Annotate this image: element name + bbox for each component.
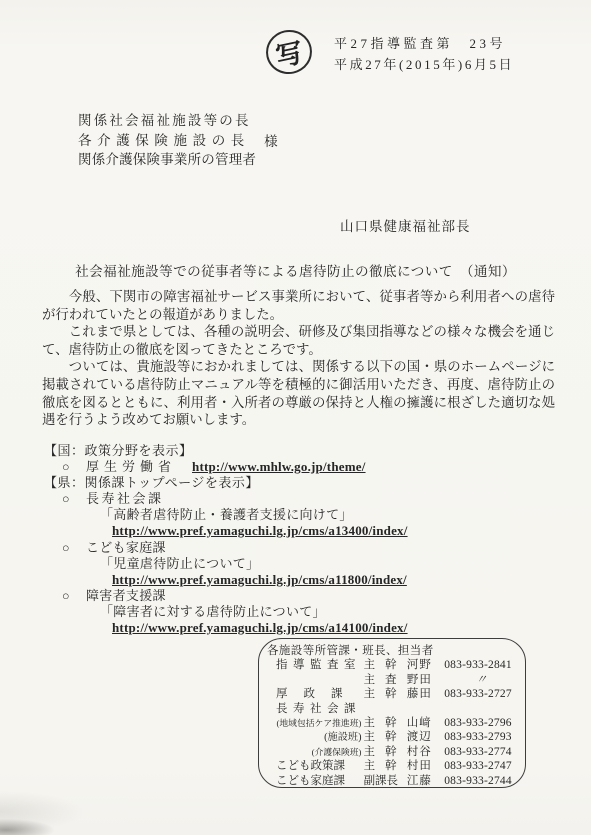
links-section: 【国：政策分野を表示】 ○ 厚生労働省 http://www.mhlw.go.j… <box>44 443 408 636</box>
contact-name: 渡辺 <box>407 730 444 744</box>
contact-position: 主幹 <box>364 687 407 701</box>
link-url: http://www.pref.yamaguchi.lg.jp/cms/a134… <box>112 523 408 538</box>
contact-name: 山﨑 <box>407 716 444 730</box>
contact-org: (施設班) <box>267 731 363 745</box>
contact-tel: 083-933-2793 <box>444 730 519 744</box>
circle-bullet-icon: ○ <box>62 491 77 507</box>
org-name: 障害者支援課 <box>86 588 166 604</box>
contact-position: 主幹 <box>364 759 407 773</box>
link-url: http://www.mhlw.go.jp/theme/ <box>192 459 366 475</box>
document-date: 平成27年(2015年)6月5日 <box>334 54 514 75</box>
document-meta: 平27指導監査第 23号 平成27年(2015年)6月5日 <box>334 33 514 75</box>
addressee-lines: 関係社会福祉施設等の長 各介護保険施設の長 関係介護保険事業所の管理者 <box>78 111 256 170</box>
addressee-block: 関係社会福祉施設等の長 各介護保険施設の長 関係介護保険事業所の管理者 様 <box>78 111 278 170</box>
link-title: 「障害者に対する虐待防止について」 <box>100 604 408 620</box>
scanned-document-page: 写 平27指導監査第 23号 平成27年(2015年)6月5日 関係社会福祉施設… <box>0 0 591 835</box>
contact-info-box: 各施設等所管課・班長、担当者 指導監査室 主幹 河野 083-933-2841 … <box>258 638 526 788</box>
contact-row: こども家庭課 副課長 江藤 083-933-2744 <box>267 774 519 788</box>
addressee-line: 各介護保険施設の長 <box>78 131 256 151</box>
contact-org: (地域包括ケア推進班) <box>267 716 363 730</box>
copy-stamp-character: 写 <box>272 30 307 74</box>
contact-row: 厚政課 主幹 藤田 083-933-2727 <box>267 687 519 701</box>
addressee-line: 関係社会福祉施設等の長 <box>78 111 256 131</box>
circle-bullet-icon: ○ <box>62 540 77 556</box>
contact-org: こども家庭課 <box>267 774 364 788</box>
contact-row: こども政策課 主幹 村田 083-933-2747 <box>267 759 519 773</box>
contact-org: 厚政課 <box>267 687 364 701</box>
link-url: http://www.pref.yamaguchi.lg.jp/cms/a118… <box>112 572 407 587</box>
section-header-national: 【国：政策分野を表示】 <box>44 443 408 459</box>
contact-position: 主幹 <box>363 716 406 730</box>
contact-tel: 083-933-2747 <box>444 759 519 773</box>
link-item-shougaisha: ○ 障害者支援課 <box>44 588 408 604</box>
org-name: 厚生労働省 <box>86 459 176 475</box>
contact-name: 河野 <box>407 658 444 672</box>
contact-org: 指導監査室 <box>267 658 364 672</box>
contact-org: こども政策課 <box>267 759 364 773</box>
contact-row: (施設班) 主幹 渡辺 083-933-2793 <box>267 730 519 744</box>
org-name: 長寿社会課 <box>86 491 164 507</box>
body-paragraph: 今般、下関市の障害福祉サービス事業所において、従事者等から利用者への虐待が行われ… <box>42 288 555 323</box>
body-text: 今般、下関市の障害福祉サービス事業所において、従事者等から利用者への虐待が行われ… <box>42 288 555 429</box>
contact-name: 江藤 <box>407 774 444 788</box>
link-title: 「高齢者虐待防止・養護者支援に向けて」 <box>100 507 408 523</box>
link-title: 「児童虐待防止について」 <box>100 556 408 572</box>
copy-stamp-icon: 写 <box>262 26 316 79</box>
document-number: 平27指導監査第 23号 <box>334 33 514 54</box>
contact-row-group: 長寿社会課 <box>267 702 519 716</box>
contact-name: 村谷 <box>407 745 444 759</box>
link-item-chouju: ○ 長寿社会課 <box>44 491 408 507</box>
document-title: 社会福祉施設等での従事者等による虐待防止の徹底について （通知） <box>0 260 591 280</box>
honorific-sama: 様 <box>264 130 278 150</box>
link-item-kodomo-katei: ○ こども家庭課 <box>44 540 408 556</box>
body-paragraph: ついては、貴施設等におかれましては、関係する以下の国・県のホームページに掲載され… <box>42 358 555 428</box>
contact-header: 各施設等所管課・班長、担当者 <box>267 644 519 658</box>
body-paragraph: これまで県としては、各種の説明会、研修及び集団指導などの様々な機会を通じて、虐待… <box>42 323 555 358</box>
link-url: http://www.pref.yamaguchi.lg.jp/cms/a141… <box>112 620 408 635</box>
addressee-line: 関係介護保険事業所の管理者 <box>78 150 256 170</box>
contact-tel: 083-933-2744 <box>444 774 519 788</box>
contact-row: 主査 野田 〃 <box>267 673 519 687</box>
circle-bullet-icon: ○ <box>62 588 77 604</box>
contact-position: 主幹 <box>363 730 406 744</box>
sender-name: 山口県健康福祉部長 <box>340 215 471 235</box>
contact-position: 主幹 <box>363 745 406 759</box>
contact-org: 長寿社会課 <box>267 702 365 716</box>
org-name: こども家庭課 <box>86 540 166 556</box>
contact-tel: 083-933-2841 <box>444 658 519 672</box>
contact-row: (地域包括ケア推進班) 主幹 山﨑 083-933-2796 <box>267 716 519 730</box>
section-header-prefecture: 【県：関係課トップページを表示】 <box>44 475 408 491</box>
link-item-mhlw: ○ 厚生労働省 http://www.mhlw.go.jp/theme/ <box>44 459 408 475</box>
contact-position: 主幹 <box>364 658 407 672</box>
contact-org: (介護保険班) <box>267 745 363 759</box>
contact-position: 副課長 <box>364 774 407 788</box>
contact-row: (介護保険班) 主幹 村谷 083-933-2774 <box>267 745 519 759</box>
contact-tel: 083-933-2727 <box>444 687 519 701</box>
contact-tel-ditto: 〃 <box>444 673 519 687</box>
contact-name: 藤田 <box>407 687 444 701</box>
circle-bullet-icon: ○ <box>62 459 77 475</box>
contact-tel: 083-933-2796 <box>444 716 519 730</box>
contact-tel: 083-933-2774 <box>444 745 519 759</box>
contact-position: 主査 <box>364 673 407 687</box>
contact-name: 野田 <box>407 673 444 687</box>
contact-name: 村田 <box>407 759 444 773</box>
contact-row: 指導監査室 主幹 河野 083-933-2841 <box>267 658 519 672</box>
